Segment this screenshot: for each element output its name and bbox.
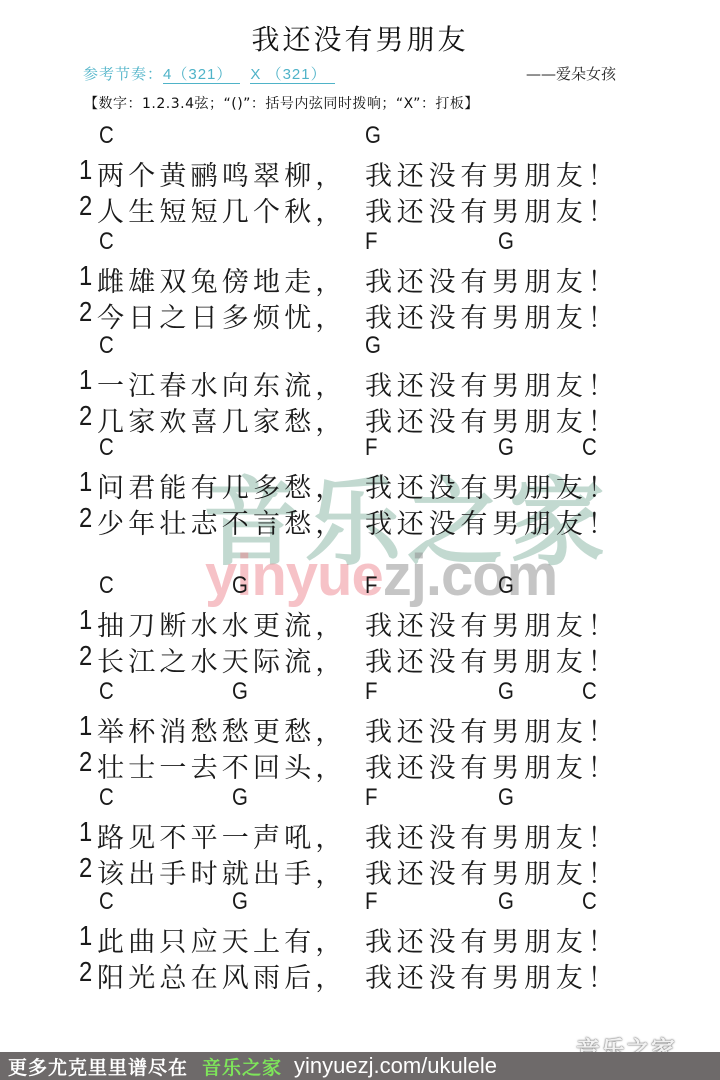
lyric-refrain: 我还没有男朋友！ bbox=[365, 746, 619, 785]
chord-label: G bbox=[365, 122, 381, 150]
chord-label: G bbox=[498, 678, 514, 706]
chord-label: G bbox=[498, 784, 514, 812]
chord-label: C bbox=[99, 434, 114, 462]
chord-row: CFGC bbox=[0, 434, 720, 470]
verse-number: 2 bbox=[79, 400, 92, 432]
chord-label: C bbox=[99, 228, 114, 256]
footer-brand: 音乐之家 bbox=[202, 1053, 282, 1080]
chord-row: CGFGC bbox=[0, 678, 720, 714]
lyric-line: 2长江之水天际流，我还没有男朋友！ bbox=[0, 640, 720, 676]
lyric-refrain: 我还没有男朋友！ bbox=[365, 190, 619, 229]
verse-number: 1 bbox=[79, 260, 92, 292]
rhythm-reference: 参考节奏：4（321）X （321） bbox=[83, 63, 345, 84]
lyric-line: 2壮士一去不回头，我还没有男朋友！ bbox=[0, 746, 720, 782]
chord-label: C bbox=[99, 888, 114, 916]
lyric-first-half: 人生短短几个秋， bbox=[97, 190, 347, 229]
author-credit: ——爱朵女孩 bbox=[526, 63, 616, 84]
lyric-first-half: 该出手时就出手， bbox=[97, 852, 347, 891]
footer-url: yinyuezj.com/ukulele bbox=[294, 1053, 497, 1079]
footer-banner: 更多尤克里里谱尽在 音乐之家 yinyuezj.com/ukulele bbox=[0, 1052, 720, 1080]
verse-number: 1 bbox=[79, 604, 92, 636]
lyric-line: 1一江春水向东流，我还没有男朋友！ bbox=[0, 364, 720, 400]
chord-label: G bbox=[498, 228, 514, 256]
lyric-refrain: 我还没有男朋友！ bbox=[365, 260, 619, 299]
chord-label: C bbox=[582, 888, 597, 916]
lyric-line: 2少年壮志不言愁，我还没有男朋友！ bbox=[0, 502, 720, 538]
lyric-line: 2阳光总在风雨后，我还没有男朋友！ bbox=[0, 956, 720, 992]
lyric-line: 1此曲只应天上有，我还没有男朋友！ bbox=[0, 920, 720, 956]
lyric-first-half: 一江春水向东流， bbox=[97, 364, 347, 403]
lyric-line: 1问君能有几多愁，我还没有男朋友！ bbox=[0, 466, 720, 502]
verse-number: 2 bbox=[79, 296, 92, 328]
chord-label: G bbox=[232, 572, 248, 600]
verse-number: 1 bbox=[79, 466, 92, 498]
chord-label: C bbox=[582, 434, 597, 462]
verse-number: 1 bbox=[79, 154, 92, 186]
rhythm-label: 参考节奏： bbox=[83, 65, 163, 83]
verse-number: 2 bbox=[79, 956, 92, 988]
lyric-first-half: 举杯消愁愁更愁， bbox=[97, 710, 347, 749]
chord-row: CGFG bbox=[0, 572, 720, 608]
chord-label: F bbox=[365, 888, 377, 916]
chord-label: F bbox=[365, 572, 377, 600]
lyric-line: 1抽刀断水水更流，我还没有男朋友！ bbox=[0, 604, 720, 640]
chord-label: C bbox=[582, 678, 597, 706]
lyric-refrain: 我还没有男朋友！ bbox=[365, 154, 619, 193]
lyric-first-half: 长江之水天际流， bbox=[97, 640, 347, 679]
lyric-refrain: 我还没有男朋友！ bbox=[365, 816, 619, 855]
lyric-first-half: 今日之日多烦忧， bbox=[97, 296, 347, 335]
chord-row: CFG bbox=[0, 228, 720, 264]
chord-label: G bbox=[498, 572, 514, 600]
chord-row: CG bbox=[0, 122, 720, 158]
lyric-line: 1举杯消愁愁更愁，我还没有男朋友！ bbox=[0, 710, 720, 746]
song-title: 我还没有男朋友 bbox=[0, 18, 720, 58]
lyric-refrain: 我还没有男朋友！ bbox=[365, 852, 619, 891]
lyric-first-half: 两个黄鹂鸣翠柳， bbox=[97, 154, 347, 193]
chord-label: G bbox=[365, 332, 381, 360]
verse-number: 2 bbox=[79, 746, 92, 778]
verse-number: 1 bbox=[79, 920, 92, 952]
chord-label: G bbox=[232, 888, 248, 916]
lyric-refrain: 我还没有男朋友！ bbox=[365, 296, 619, 335]
lyric-first-half: 雌雄双兔傍地走， bbox=[97, 260, 347, 299]
lyric-refrain: 我还没有男朋友！ bbox=[365, 920, 619, 959]
chord-label: G bbox=[232, 784, 248, 812]
verse-number: 1 bbox=[79, 364, 92, 396]
lyric-line: 2该出手时就出手，我还没有男朋友！ bbox=[0, 852, 720, 888]
verse-number: 2 bbox=[79, 502, 92, 534]
lyric-first-half: 问君能有几多愁， bbox=[97, 466, 347, 505]
chord-label: G bbox=[498, 888, 514, 916]
verse-number: 2 bbox=[79, 852, 92, 884]
chord-label: C bbox=[99, 332, 114, 360]
chord-label: C bbox=[99, 122, 114, 150]
lyric-line: 2人生短短几个秋，我还没有男朋友！ bbox=[0, 190, 720, 226]
rhythm-pattern-1: 4（321） bbox=[163, 66, 240, 84]
chord-label: G bbox=[232, 678, 248, 706]
lyric-first-half: 少年壮志不言愁， bbox=[97, 502, 347, 541]
lyric-line: 1路见不平一声吼，我还没有男朋友！ bbox=[0, 816, 720, 852]
verse-number: 1 bbox=[79, 816, 92, 848]
notation-legend: 【数字：1.2.3.4弦；“()”：括号内弦同时拨响；“X”：打板】 bbox=[84, 93, 479, 113]
chord-label: F bbox=[365, 678, 377, 706]
lyric-line: 2几家欢喜几家愁，我还没有男朋友！ bbox=[0, 400, 720, 436]
lyric-refrain: 我还没有男朋友！ bbox=[365, 710, 619, 749]
chord-row: CGFG bbox=[0, 784, 720, 820]
lyric-refrain: 我还没有男朋友！ bbox=[365, 364, 619, 403]
verse-number: 2 bbox=[79, 640, 92, 672]
lyric-refrain: 我还没有男朋友！ bbox=[365, 604, 619, 643]
lyric-line: 2今日之日多烦忧，我还没有男朋友！ bbox=[0, 296, 720, 332]
lyric-refrain: 我还没有男朋友！ bbox=[365, 956, 619, 995]
lyric-refrain: 我还没有男朋友！ bbox=[365, 466, 619, 505]
chord-label: F bbox=[365, 784, 377, 812]
chord-label: F bbox=[365, 434, 377, 462]
chord-label: F bbox=[365, 228, 377, 256]
lyric-line: 1两个黄鹂鸣翠柳，我还没有男朋友！ bbox=[0, 154, 720, 190]
lyric-line: 1雌雄双兔傍地走，我还没有男朋友！ bbox=[0, 260, 720, 296]
lyric-first-half: 壮士一去不回头， bbox=[97, 746, 347, 785]
footer-text: 更多尤克里里谱尽在 bbox=[8, 1053, 188, 1080]
verse-number: 1 bbox=[79, 710, 92, 742]
chord-row: CGFGC bbox=[0, 888, 720, 924]
chord-label: C bbox=[99, 572, 114, 600]
chord-label: G bbox=[498, 434, 514, 462]
lyric-first-half: 此曲只应天上有， bbox=[97, 920, 347, 959]
verse-number: 2 bbox=[79, 190, 92, 222]
lyric-refrain: 我还没有男朋友！ bbox=[365, 502, 619, 541]
lyric-refrain: 我还没有男朋友！ bbox=[365, 640, 619, 679]
lyric-first-half: 路见不平一声吼， bbox=[97, 816, 347, 855]
lyric-first-half: 抽刀断水水更流， bbox=[97, 604, 347, 643]
chord-row: CG bbox=[0, 332, 720, 368]
chord-label: C bbox=[99, 678, 114, 706]
rhythm-pattern-2: X （321） bbox=[250, 66, 334, 84]
chord-label: C bbox=[99, 784, 114, 812]
lyric-first-half: 阳光总在风雨后， bbox=[97, 956, 347, 995]
